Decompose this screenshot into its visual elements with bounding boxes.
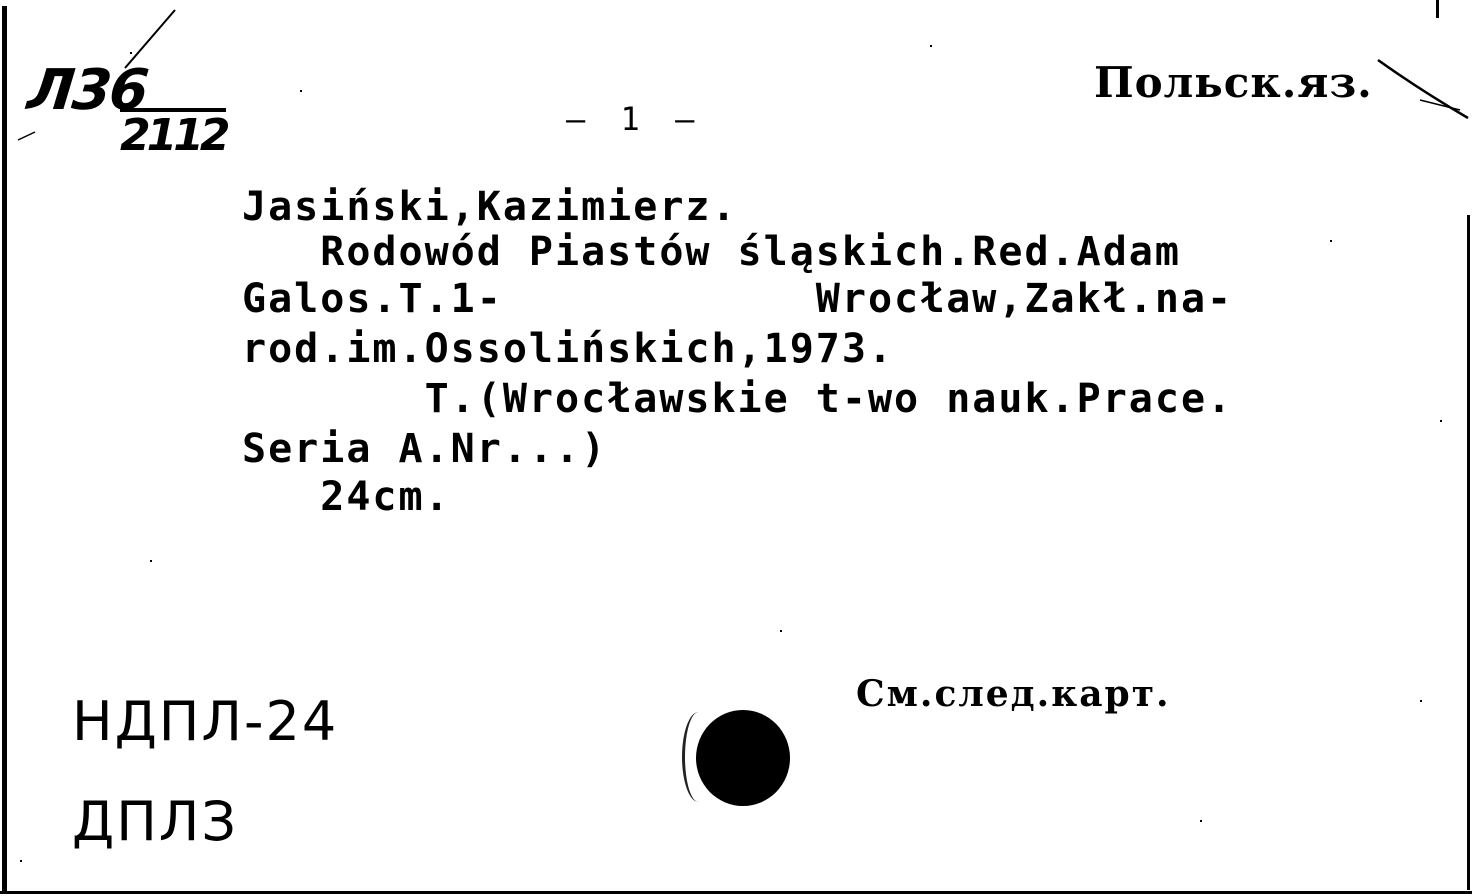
entry-line-imprint: Galos.T.1- Wrocław,Zakł.na- [242,272,1233,326]
entry-line-title: Rodowód Piastów śląskich.Red.Adam [242,225,1181,279]
entry-line-series-cont: Seria A.Nr...) [242,422,607,476]
location-code-2: ДПЛЗ [72,790,238,853]
entry-line-size: 24cm. [242,470,451,524]
subject-heading: Польск.яз. [1094,58,1373,107]
punch-hole [696,710,790,806]
card-number: — 1 — [566,100,702,138]
shelfmark-sub: 2112 [120,108,226,156]
see-next-card-note: См.след.карт. [856,673,1171,715]
catalog-card: Л36 2112 Польск.яз. — 1 — Jasiński,Kazim… [0,0,1472,896]
location-code-1: НДПЛ-24 [72,690,338,753]
entry-line-series: T.(Wrocławskie t-wo nauk.Prace. [242,372,1233,426]
entry-line-publisher: rod.im.Ossolińskich,1973. [242,322,894,376]
